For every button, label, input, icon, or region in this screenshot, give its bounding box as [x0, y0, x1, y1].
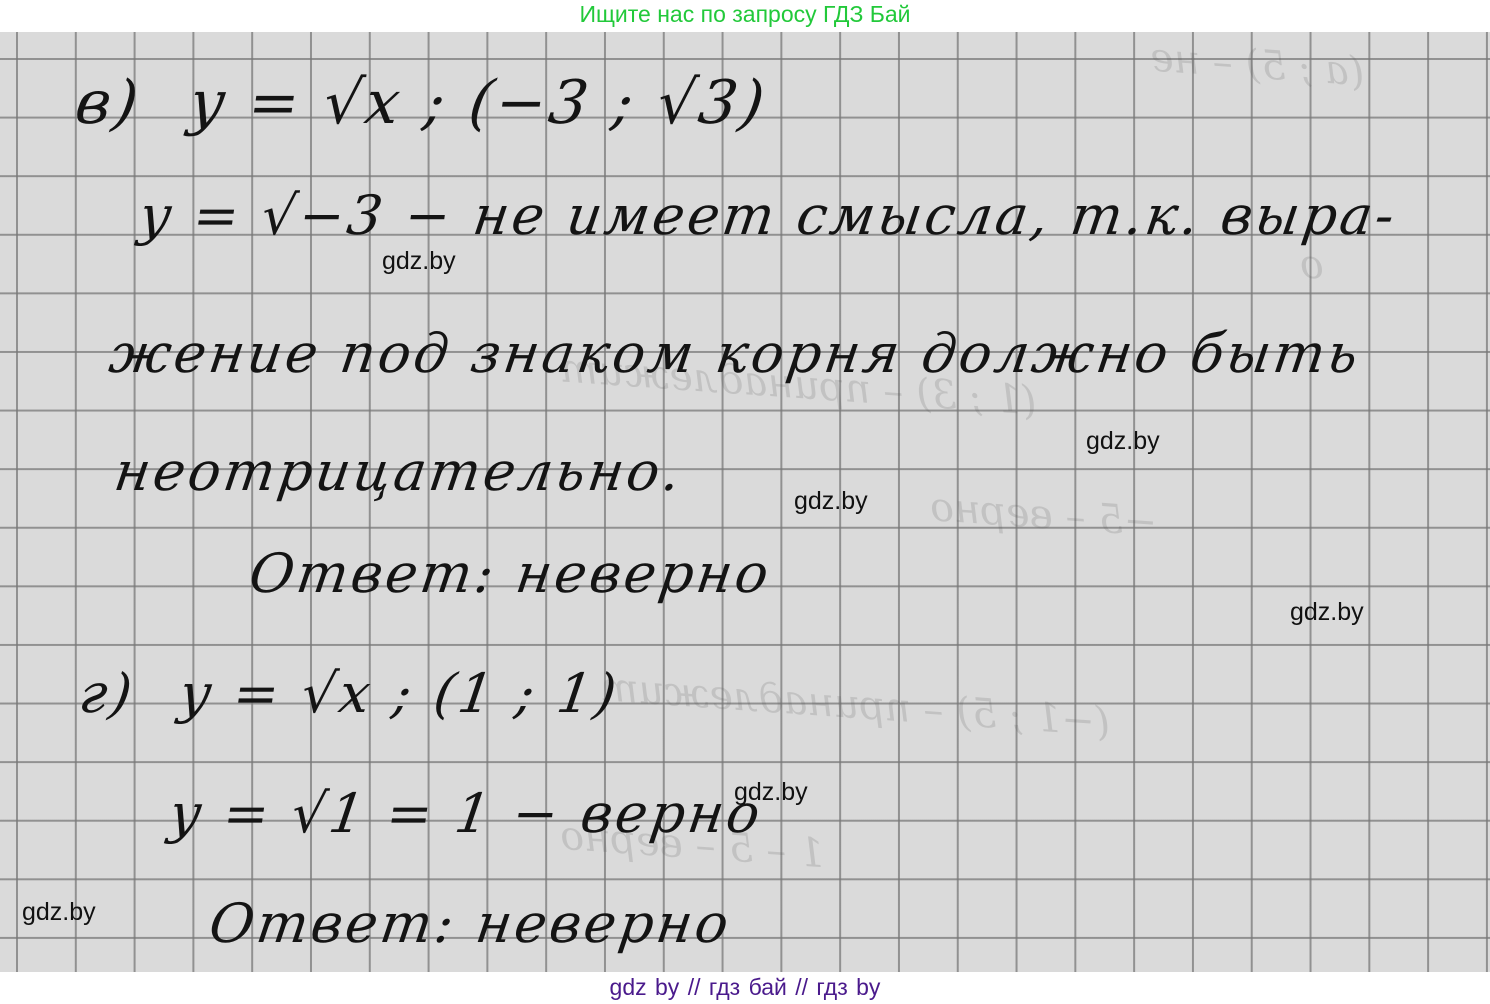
notebook-page-photo: (a ; 5) – не о (1 ; 3) – принадлежит −5 … — [0, 32, 1490, 972]
show-through-ink: о — [1298, 241, 1325, 289]
part-v-explanation-line-1: y = √−3 − не имеет смысла, т.к. выра- — [136, 184, 1402, 247]
part-v-equation: y = √x ; (−3 ; √3) — [185, 68, 772, 138]
part-v-answer: Ответ: неверно — [246, 542, 776, 605]
watermark: gdz.by — [734, 778, 808, 807]
part-g-check: y = √1 = 1 − верно — [166, 782, 767, 845]
watermark: gdz.by — [1086, 427, 1160, 456]
part-g-equation: y = √x ; (1 ; 1) — [176, 662, 624, 725]
part-g-label: г) — [76, 662, 139, 725]
watermark: gdz.by — [382, 247, 456, 276]
watermark: gdz.by — [1290, 598, 1364, 627]
part-v-explanation-line-2: жение под знаком корня должно быть — [106, 322, 1365, 385]
part-g-answer: Ответ: неверно — [206, 892, 736, 955]
show-through-ink: (a ; 5) – не — [1149, 35, 1367, 96]
top-search-banner: Ищите нас по запросу ГДЗ Бай — [0, 0, 1490, 30]
part-v-label: в) — [71, 68, 145, 138]
show-through-ink: −5 – верно — [929, 484, 1159, 546]
show-through-ink: (−1 ; 5) – принадлежит — [599, 664, 1112, 746]
watermark: gdz.by — [22, 898, 96, 927]
bottom-site-banner: gdz by // гдз бай // гдз by — [0, 972, 1490, 1004]
watermark: gdz.by — [794, 487, 868, 516]
part-v-explanation-line-3: неотрицательно. — [111, 440, 688, 503]
